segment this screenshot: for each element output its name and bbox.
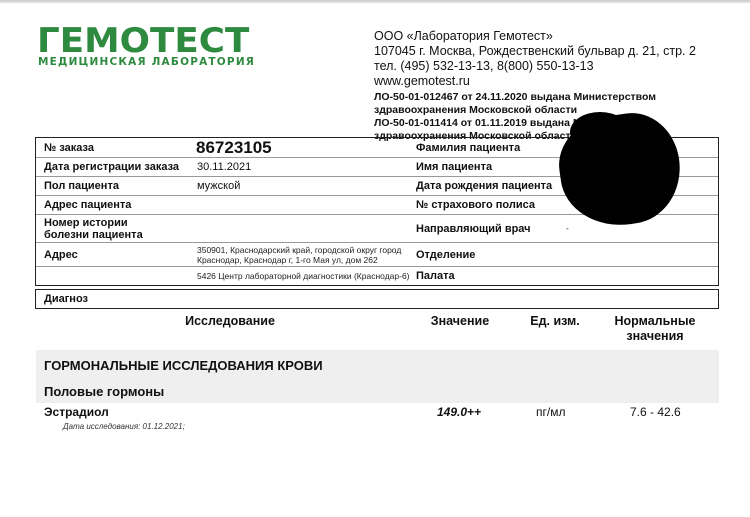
ward-label: Палата	[416, 267, 455, 285]
top-bar	[0, 0, 750, 3]
company-website: www.gemotest.ru	[374, 74, 734, 89]
subsection-title: Половые гормоны	[44, 384, 164, 399]
lab-center: 5426 Центр лабораторной диагностики (Кра…	[197, 267, 412, 285]
company-address: 107045 г. Москва, Рождественский бульвар…	[374, 44, 734, 59]
result-value: 149.0++	[437, 405, 481, 419]
medical-history-label: Номер истории болезни пациента	[44, 215, 174, 242]
registration-date-label: Дата регистрации заказа	[44, 157, 179, 176]
address-value: 350901, Краснодарский край, городской ок…	[197, 243, 412, 266]
registration-date: 30.11.2021	[197, 157, 251, 176]
logo-tagline: МЕДИЦИНСКАЯ ЛАБОРАТОРИЯ	[38, 56, 255, 68]
logo-wordmark: ГЕМОТЕСТ	[37, 24, 249, 58]
license-2-line-1: ЛО-50-01-011414 от 01.11.2019 выдана Мин…	[374, 117, 734, 130]
diagnosis-box: Диагноз	[35, 289, 719, 309]
patient-name-label: Имя пациента	[416, 157, 492, 176]
license-1-line-1: ЛО-50-01-012467 от 24.11.2020 выдана Мин…	[374, 91, 734, 104]
insurance-policy-label: № страхового полиса	[416, 195, 535, 214]
diagnosis-label: Диагноз	[44, 290, 88, 308]
license-1-line-2: здравоохранения Московской области	[374, 104, 734, 117]
company-phone: тел. (495) 532-13-13, 8(800) 550-13-13	[374, 59, 734, 74]
address-label: Адрес	[44, 243, 78, 266]
section-title: ГОРМОНАЛЬНЫЕ ИССЛЕДОВАНИЯ КРОВИ	[44, 358, 323, 373]
order-number-label: № заказа	[44, 138, 94, 157]
patient-birthdate-label: Дата рождения пациента	[416, 176, 552, 195]
referring-doctor: -	[566, 215, 569, 240]
result-unit: пг/мл	[536, 405, 565, 419]
patient-address-label: Адрес пациента	[44, 195, 131, 214]
column-header-unit: Ед. изм.	[520, 314, 590, 329]
column-header-value: Значение	[420, 314, 500, 329]
patient-sex: мужской	[197, 176, 240, 195]
referring-doctor-label: Направляющий врач	[416, 215, 531, 242]
result-test-date: Дата исследования: 01.12.2021;	[63, 422, 185, 431]
column-header-normal: Нормальные значения	[605, 314, 705, 344]
company-name: ООО «Лаборатория Гемотест»	[374, 29, 734, 44]
department-label: Отделение	[416, 243, 475, 266]
order-number: 86723105	[196, 138, 272, 158]
result-test-name: Эстрадиол	[44, 405, 109, 419]
patient-surname-label: Фамилия пациента	[416, 138, 520, 157]
patient-sex-label: Пол пациента	[44, 176, 119, 195]
redaction-mark	[570, 112, 630, 152]
column-header-test: Исследование	[170, 314, 290, 329]
result-normal-range: 7.6 - 42.6	[630, 405, 681, 419]
company-info: ООО «Лаборатория Гемотест» 107045 г. Мос…	[374, 29, 734, 143]
